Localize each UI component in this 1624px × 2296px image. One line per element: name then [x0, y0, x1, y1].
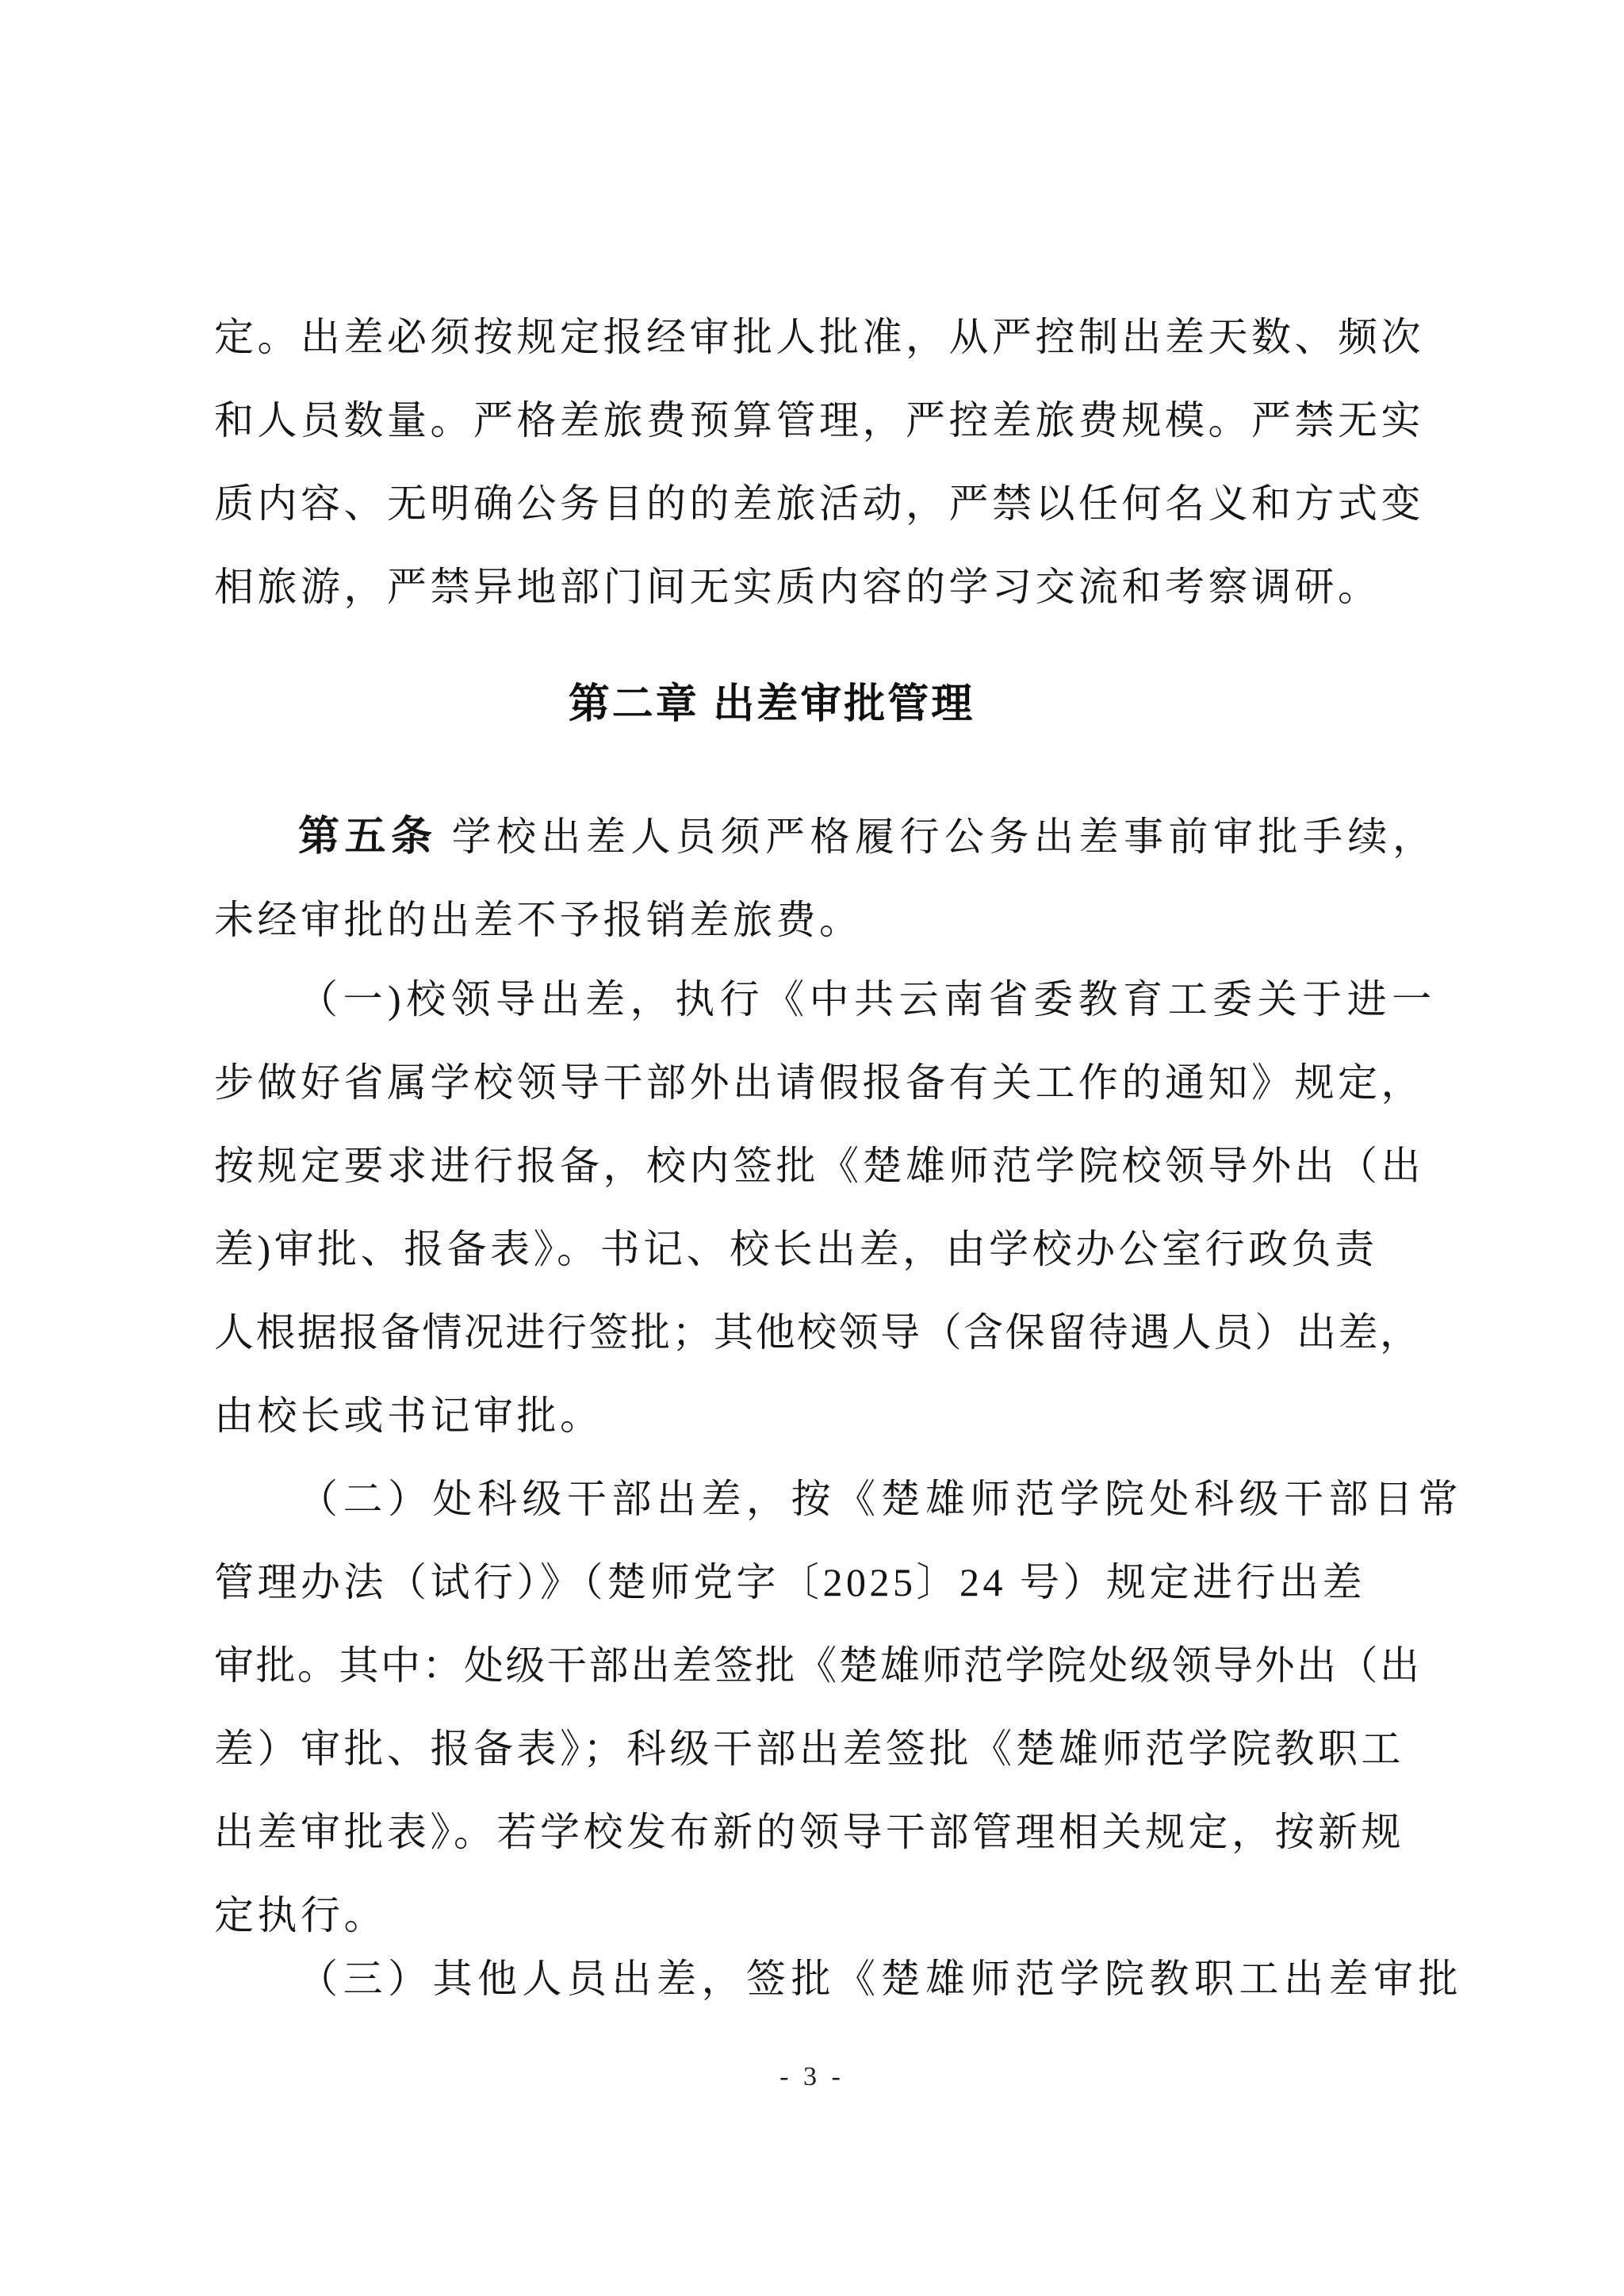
text-line: （二）处科级干部出差，按《楚雄师范学院处科级干部日常 — [214, 1458, 1429, 1541]
article-5-paragraph: 第五条学校出差人员须严格履行公务出差事前审批手续， 未经审批的出差不予报销差旅费… — [214, 795, 1429, 962]
text-line: 定。出差必须按规定报经审批人批准，从严控制出差天数、频次 — [214, 296, 1429, 379]
page-number: - 3 - — [0, 2058, 1624, 2096]
text-line: （三）其他人员出差，签批《楚雄师范学院教职工出差审批 — [214, 1938, 1429, 2021]
text-line: 按规定要求进行报备，校内签批《楚雄师范学院校领导外出（出 — [214, 1125, 1429, 1208]
text-line: 由校长或书记审批。 — [214, 1374, 1429, 1458]
text-line: 差)审批、报备表》。书记、校长出差，由学校办公室行政负责 — [214, 1208, 1429, 1291]
text-line: 管理办法（试行）》（楚师党字〔2025〕24 号）规定进行出差 — [214, 1541, 1429, 1624]
text-line: 差）审批、报备表》；科级干部出差签批《楚雄师范学院教职工 — [214, 1708, 1429, 1791]
article-5-label: 第五条 — [298, 814, 438, 860]
text-line: 出差审批表》。若学校发布新的领导干部管理相关规定，按新规 — [214, 1791, 1429, 1874]
text-line: 人根据报备情况进行签批；其他校领导（含保留待遇人员）出差， — [214, 1291, 1429, 1374]
clause-1-paragraph: （一)校领导出差，执行《中共云南省委教育工委关于进一 步做好省属学校领导干部外出… — [214, 958, 1429, 1458]
text-line: （一)校领导出差，执行《中共云南省委教育工委关于进一 — [214, 958, 1429, 1041]
article-5-text: 学校出差人员须严格履行公务出差事前审批手续， — [452, 815, 1438, 859]
text-line: 未经审批的出差不予报销差旅费。 — [214, 879, 1429, 962]
text-line: 第五条学校出差人员须严格履行公务出差事前审批手续， — [214, 795, 1429, 879]
text-line: 相旅游，严禁异地部门间无实质内容的学习交流和考察调研。 — [214, 546, 1429, 629]
text-line: 审批。其中：处级干部出差签批《楚雄师范学院处级领导外出（出 — [214, 1624, 1429, 1708]
text-line: 步做好省属学校领导干部外出请假报备有关工作的通知》规定， — [214, 1041, 1429, 1125]
text-line: 质内容、无明确公务目的的差旅活动，严禁以任何名义和方式变 — [214, 462, 1429, 546]
document-page: 定。出差必须按规定报经审批人批准，从严控制出差天数、频次 和人员数量。严格差旅费… — [0, 0, 1624, 2296]
clause-3-paragraph: （三）其他人员出差，签批《楚雄师范学院教职工出差审批 — [214, 1938, 1429, 2021]
text-line: 和人员数量。严格差旅费预算管理，严控差旅费规模。严禁无实 — [214, 379, 1429, 462]
paragraph-intro-continuation: 定。出差必须按规定报经审批人批准，从严控制出差天数、频次 和人员数量。严格差旅费… — [214, 296, 1429, 629]
clause-2-paragraph: （二）处科级干部出差，按《楚雄师范学院处科级干部日常 管理办法（试行）》（楚师党… — [214, 1458, 1429, 1957]
chapter-heading: 第二章 出差审批管理 — [117, 663, 1426, 746]
